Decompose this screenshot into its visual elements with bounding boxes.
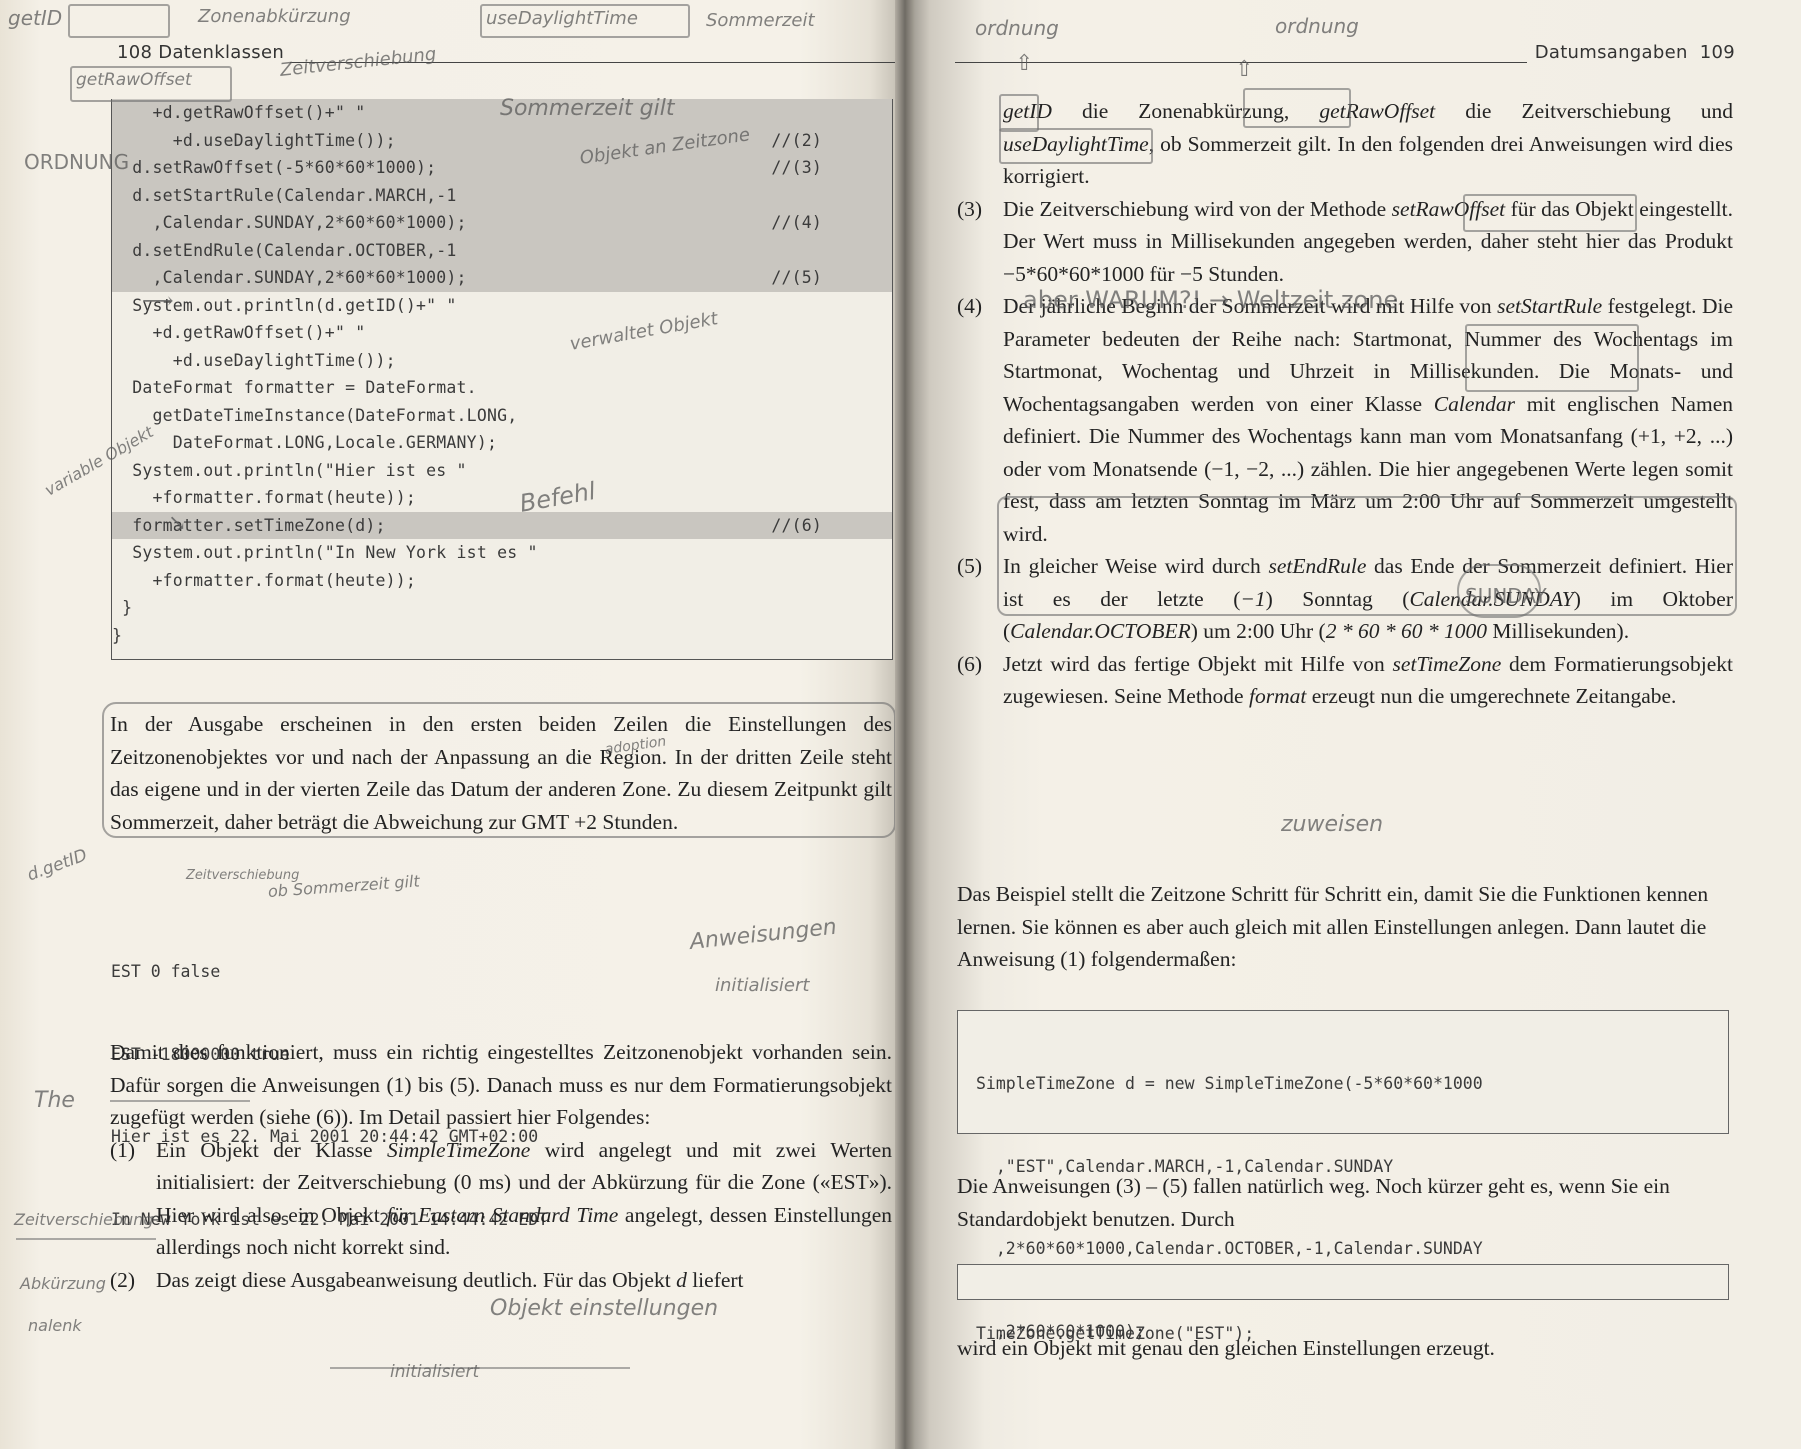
handwritten-note: nalenk	[28, 1316, 82, 1335]
right-body: getID die Zonenabkürzung, getRawOffset d…	[957, 95, 1733, 713]
code-line: +d.useDaylightTime());	[112, 347, 892, 375]
arrow-up-icon: ⇧	[1015, 50, 1033, 76]
handwritten-note: Sommerzeit gilt	[500, 96, 675, 121]
code-text: ,Calendar.SUNDAY,2*60*60*1000);	[112, 213, 467, 232]
pencil-box	[999, 94, 1039, 132]
code-marker: //(4)	[771, 209, 822, 237]
list-text: Das zeigt diese Ausgabeanweisung deutlic…	[156, 1264, 892, 1297]
paragraph-text: Die Anweisungen (3) – (5) fallen natürli…	[957, 1170, 1733, 1235]
handwritten-note: ordnung	[975, 16, 1059, 40]
handwritten-note: Anweisungen	[689, 915, 838, 955]
code-line: System.out.println("In New York ist es "	[112, 539, 892, 567]
handwritten-note: Zeitverschiebung	[14, 1210, 154, 1229]
code-line: }	[112, 622, 892, 650]
pencil-underline	[110, 1100, 250, 1102]
left-running-title: Datenklassen	[158, 42, 284, 63]
handwritten-note: d.getID	[25, 845, 90, 885]
handwritten-note: zuweisen	[1281, 812, 1383, 837]
code-text: +d.useDaylightTime());	[112, 351, 396, 370]
code-line: d.setEndRule(Calendar.OCTOBER,-1	[112, 237, 892, 265]
code-text: }	[112, 626, 122, 645]
code-text: d.setStartRule(Calendar.MARCH,-1	[112, 186, 457, 205]
handwritten-note: Zonenabkürzung	[198, 6, 351, 27]
code-line: ,Calendar.SUNDAY,2*60*60*1000);//(4)	[112, 209, 892, 237]
handwritten-note: SUNDAY	[1465, 584, 1547, 608]
handwritten-note: Abkürzung	[20, 1274, 106, 1293]
code-text: d.setRawOffset(-5*60*60*1000);	[112, 158, 436, 177]
handwritten-note: ordnung	[1275, 14, 1359, 38]
code-text: +d.getRawOffset()+" "	[112, 323, 365, 342]
code-marker: //(5)	[771, 264, 822, 292]
left-paragraph-2: Damit dies funktioniert, muss ein richti…	[110, 1036, 892, 1296]
list-item-6: (6) Jetzt wird das fertige Objekt mit Hi…	[957, 648, 1733, 713]
code-line: +d.useDaylightTime());//(2)	[112, 127, 892, 155]
code-listing: +d.getRawOffset()+" " +d.useDaylightTime…	[111, 99, 893, 660]
handwritten-note: useDaylightTime	[486, 8, 638, 29]
book-spread: 108 Datenklassen +d.getRawOffset()+" " +…	[0, 0, 1801, 1449]
pencil-underline	[330, 1367, 630, 1369]
code-line: SimpleTimeZone d = new SimpleTimeZone(-5…	[976, 1070, 1728, 1098]
code-text: +d.getRawOffset()+" "	[112, 103, 365, 122]
code-line: d.setRawOffset(-5*60*60*1000);//(3)	[112, 154, 892, 182]
code-line: +formatter.format(heute));	[112, 484, 892, 512]
code-line: +d.getRawOffset()+" "	[112, 319, 892, 347]
list-number: (1)	[110, 1134, 156, 1264]
pencil-box	[999, 128, 1153, 164]
right-paragraph-3: wird ein Objekt mit genau den gleichen E…	[957, 1332, 1733, 1365]
list-item-1: (1) Ein Objekt der Klasse SimpleTimeZone…	[110, 1134, 892, 1264]
pencil-box	[102, 702, 896, 838]
code-text: }	[112, 598, 132, 617]
code-text: System.out.println("In New York ist es "	[112, 543, 538, 562]
right-running-head: Datumsangaben 109	[955, 42, 1735, 63]
handwritten-note: getID	[8, 6, 62, 30]
paragraph-text: Damit dies funktioniert, muss ein richti…	[110, 1036, 892, 1134]
handwritten-note: ORDNUNG	[24, 150, 129, 174]
output-line: EST 0 false	[111, 958, 548, 986]
code-marker: //(2)	[771, 127, 822, 155]
code-text: DateFormat formatter = DateFormat.	[112, 378, 477, 397]
code-text: DateFormat.LONG,Locale.GERMANY);	[112, 433, 497, 452]
code-line: }	[112, 594, 892, 622]
pencil-box	[1463, 194, 1637, 232]
code-text: formatter.setTimeZone(d);	[112, 516, 386, 535]
code-text: +formatter.format(heute));	[112, 488, 416, 507]
code-block-simpletimezone: SimpleTimeZone d = new SimpleTimeZone(-5…	[957, 1010, 1729, 1134]
pencil-box	[997, 496, 1737, 616]
book-gutter	[895, 0, 915, 1449]
arrow-up-icon: ⇧	[1235, 56, 1253, 82]
right-running-title: Datumsangaben	[1535, 42, 1688, 63]
paragraph-text: wird ein Objekt mit genau den gleichen E…	[957, 1332, 1733, 1365]
handwritten-note: getRawOffset	[76, 70, 192, 90]
list-number: (3)	[957, 193, 1003, 291]
code-line: DateFormat.LONG,Locale.GERMANY);	[112, 429, 892, 457]
list-text: Ein Objekt der Klasse SimpleTimeZone wir…	[156, 1134, 892, 1264]
handwritten-note: Objekt einstellungen	[490, 1296, 718, 1321]
pencil-underline	[16, 1238, 156, 1240]
code-line: ,Calendar.SUNDAY,2*60*60*1000);//(5)	[112, 264, 892, 292]
left-running-head: 108 Datenklassen	[117, 42, 897, 63]
handwritten-note: aber WARUM?! → Weltzeit zone	[1023, 286, 1398, 314]
handwritten-note: The	[34, 1088, 75, 1113]
code-line: System.out.println(d.getID()+" "	[112, 292, 892, 320]
right-paragraph-2: Die Anweisungen (3) – (5) fallen natürli…	[957, 1170, 1733, 1235]
code-line: DateFormat formatter = DateFormat.	[112, 374, 892, 402]
code-line: d.setStartRule(Calendar.MARCH,-1	[112, 182, 892, 210]
handwritten-note: initialisiert	[715, 975, 809, 996]
pencil-box	[1243, 88, 1351, 128]
left-page: 108 Datenklassen +d.getRawOffset()+" " +…	[0, 0, 905, 1449]
right-page: Datumsangaben 109 getID die Zonenabkürzu…	[905, 0, 1801, 1449]
code-text: +d.useDaylightTime());	[112, 131, 396, 150]
list-item-2: (2) Das zeigt diese Ausgabeanweisung deu…	[110, 1264, 892, 1297]
code-text: System.out.println("Hier ist es "	[112, 461, 467, 480]
list-number: (6)	[957, 648, 1003, 713]
arrow-icon: ⟶	[142, 288, 174, 314]
code-text: d.setEndRule(Calendar.OCTOBER,-1	[112, 241, 457, 260]
code-marker: //(6)	[771, 512, 822, 540]
code-line: ,2*60*60*1000,Calendar.OCTOBER,-1,Calend…	[976, 1235, 1728, 1263]
code-marker: //(3)	[771, 154, 822, 182]
code-line: +formatter.format(heute));	[112, 567, 892, 595]
list-number: (2)	[110, 1264, 156, 1297]
left-page-number: 108	[117, 42, 152, 63]
handwritten-note: Sommerzeit	[706, 10, 815, 31]
pencil-box	[1465, 324, 1639, 392]
pencil-box	[68, 4, 170, 38]
code-block-gettimezone: TimeZone.getTimeZone("EST");	[957, 1264, 1729, 1300]
right-paragraph-1: Das Beispiel stellt die Zeitzone Schritt…	[957, 878, 1733, 976]
code-line: System.out.println("Hier ist es "	[112, 457, 892, 485]
code-text: getDateTimeInstance(DateFormat.LONG,	[112, 406, 517, 425]
arrow-icon: ↘	[168, 510, 186, 536]
right-page-number: 109	[1700, 42, 1735, 63]
code-line: getDateTimeInstance(DateFormat.LONG,	[112, 402, 892, 430]
list-text: Jetzt wird das fertige Objekt mit Hilfe …	[1003, 648, 1733, 713]
paragraph-text: Das Beispiel stellt die Zeitzone Schritt…	[957, 878, 1733, 976]
code-line: formatter.setTimeZone(d);//(6)	[112, 512, 892, 540]
code-text: +formatter.format(heute));	[112, 571, 416, 590]
handwritten-note: initialisiert	[390, 1362, 479, 1382]
code-text: ,Calendar.SUNDAY,2*60*60*1000);	[112, 268, 467, 287]
